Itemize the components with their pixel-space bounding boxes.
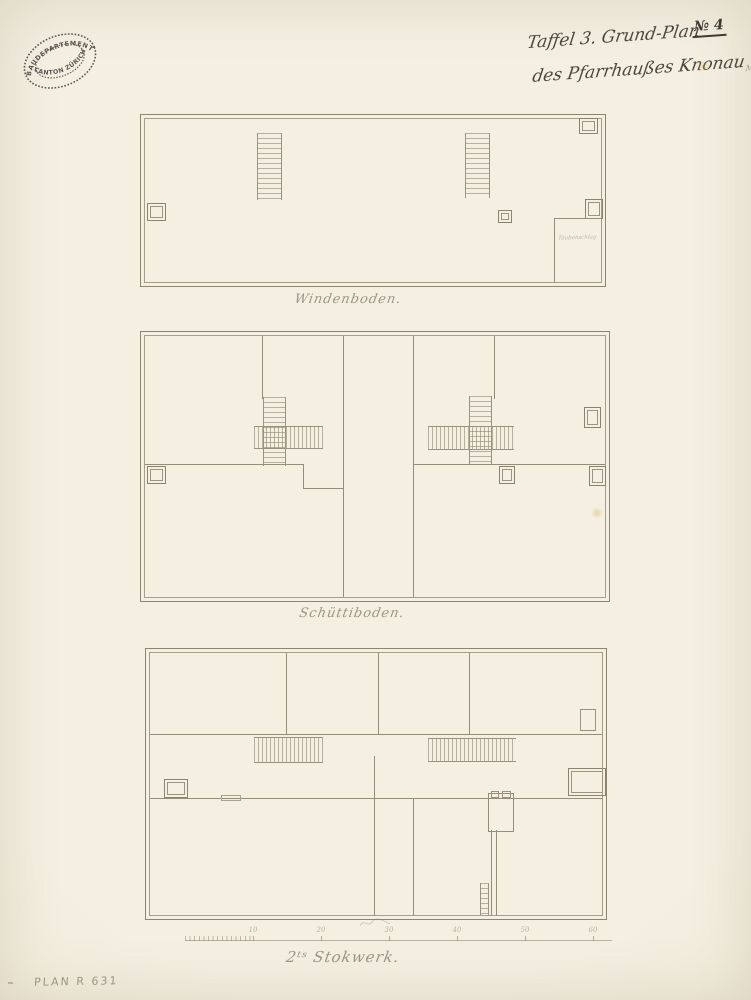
stair (428, 738, 516, 762)
door-mark (221, 795, 241, 801)
scale-label: 10 (249, 926, 258, 934)
stair (428, 426, 514, 450)
wall (150, 734, 602, 735)
wall (413, 799, 414, 916)
baudepartement-stamp: BAUDEPARTEMENT CANTON ZÜRICH (14, 18, 106, 104)
chimney (579, 118, 598, 134)
room-label: Taubenschlag (558, 234, 597, 241)
wall (286, 653, 287, 734)
date-note: Mai 1848 (745, 62, 751, 74)
plan-caption-windenboden: Windenboden. (227, 292, 470, 307)
plan-inner-wall (144, 335, 606, 598)
hearth-mark (491, 791, 499, 798)
plan-inner-wall (149, 652, 603, 916)
ladder (480, 883, 489, 915)
wall (413, 336, 414, 597)
scale-label: 50 (521, 926, 530, 934)
hearth-mark (502, 791, 511, 798)
scale-subdivisions (185, 936, 253, 941)
plan-windenboden: Taubenschlag (140, 114, 606, 287)
plan-inner-wall (144, 118, 602, 283)
paper-stain (694, 60, 712, 72)
plan-caption-schuettiboden: Schüttiboden. (231, 606, 474, 621)
scale-tick (321, 936, 322, 941)
stair (257, 133, 282, 200)
chimney (147, 466, 166, 484)
wall (374, 799, 375, 916)
partition-wall (491, 830, 497, 916)
scale-tick (253, 936, 254, 941)
wall (303, 464, 304, 489)
scale-tick (457, 936, 458, 941)
stair (254, 737, 323, 763)
wall (150, 798, 602, 799)
chimney (584, 407, 601, 428)
scale-tick (525, 936, 526, 941)
wall-niche (580, 709, 596, 731)
chimney (147, 203, 166, 221)
scale-tick (389, 936, 390, 941)
title-line-2-text: des Pfarrhaußes Knonau (531, 52, 746, 87)
scale-tick (593, 936, 594, 941)
chimney (589, 466, 606, 486)
scale-bar: 10 20 30 40 50 60 (185, 926, 615, 946)
plan-stockwerk-2 (145, 648, 607, 920)
wall (378, 653, 379, 734)
wall (494, 336, 495, 399)
stair (465, 133, 490, 198)
wall (469, 653, 470, 734)
title-line-1: Taffel 3. Grund-Plan (526, 21, 701, 53)
wall (343, 336, 344, 597)
plan-caption-stockwerk-2: 2ᵗˢ Stokwerk. (221, 948, 464, 966)
paper-stain (590, 508, 604, 518)
wall (145, 464, 303, 465)
chimney (568, 768, 606, 796)
chimney (585, 199, 603, 219)
scale-label: 40 (453, 926, 462, 934)
closet (488, 793, 514, 832)
title-line-2: des Pfarrhaußes KnonauMai 1848 (531, 49, 751, 88)
chimney (164, 779, 188, 798)
scale-label: 30 (385, 926, 394, 934)
scanned-plan-sheet: BAUDEPARTEMENT CANTON ZÜRICH № 4 Taffel … (0, 0, 751, 1000)
wall (262, 336, 263, 399)
stair (254, 426, 323, 449)
chimney (498, 210, 512, 223)
chimney (499, 466, 515, 484)
archive-number: PLAN R 631 (34, 974, 119, 988)
scale-label: 20 (317, 926, 326, 934)
wall (374, 756, 375, 798)
wall (303, 488, 344, 489)
wall (413, 464, 605, 465)
corner-room: Taubenschlag (554, 218, 602, 283)
scale-label: 60 (589, 926, 598, 934)
pencil-dash (8, 982, 13, 984)
plan-schuettiboden (140, 331, 610, 602)
